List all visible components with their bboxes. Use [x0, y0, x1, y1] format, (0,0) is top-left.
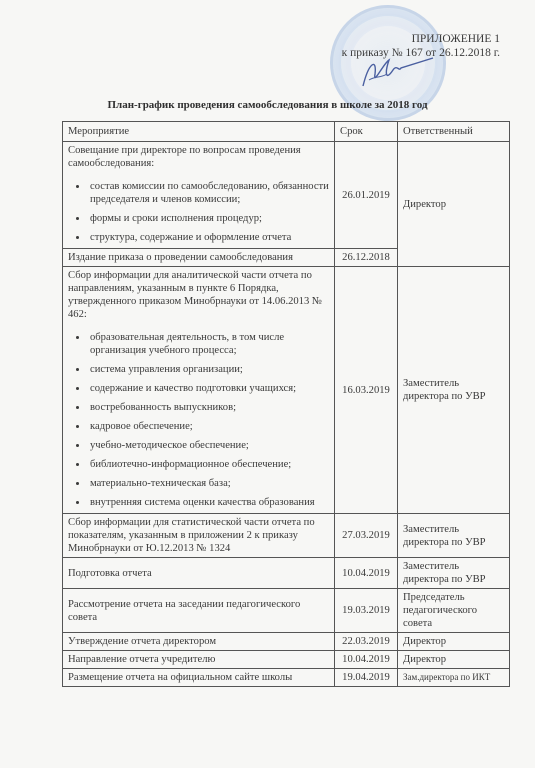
deadline-cell: 10.04.2019: [335, 558, 398, 589]
list-item: образовательная деятельность, в том числ…: [88, 331, 329, 357]
event-cell: Сбор информации для аналитической части …: [63, 267, 335, 514]
deadline-cell: 22.03.2019: [335, 633, 398, 651]
event-cell: Сбор информации для статистической части…: [63, 514, 335, 558]
responsible-cell: Директор: [398, 633, 510, 651]
list-item: внутренняя система оценки качества образ…: [88, 496, 329, 509]
event-cell: Рассмотрение отчета на заседании педагог…: [63, 589, 335, 633]
responsible-cell: Директор: [398, 651, 510, 669]
column-header-responsible: Ответственный: [398, 122, 510, 142]
event-cell: Размещение отчета на официальном сайте ш…: [63, 669, 335, 687]
event-text: Сбор информации для аналитической части …: [68, 269, 329, 321]
document-title: План-график проведения самообследования …: [0, 99, 535, 111]
table-row: Сбор информации для аналитической части …: [63, 267, 510, 514]
event-bullet-list: образовательная деятельность, в том числ…: [68, 331, 329, 509]
schedule-table: Мероприятие Срок Ответственный Совещание…: [62, 121, 510, 687]
deadline-cell: 27.03.2019: [335, 514, 398, 558]
table-row: Утверждение отчета директором 22.03.2019…: [63, 633, 510, 651]
event-text: Совещание при директоре по вопросам пров…: [68, 144, 329, 170]
annex-order-reference: к приказу № 167 от 26.12.2018 г.: [342, 46, 500, 60]
table-row: Сбор информации для статистической части…: [63, 514, 510, 558]
deadline-cell: 10.04.2019: [335, 651, 398, 669]
list-item: структура, содержание и оформление отчет…: [88, 231, 329, 244]
list-item: содержание и качество подготовки учащихс…: [88, 382, 329, 395]
list-item: библиотечно-информационное обеспечение;: [88, 458, 329, 471]
list-item: востребованность выпускников;: [88, 401, 329, 414]
deadline-cell: 16.03.2019: [335, 267, 398, 514]
document-page: ПРИЛОЖЕНИЕ 1 к приказу № 167 от 26.12.20…: [0, 0, 535, 768]
event-bullet-list: состав комиссии по самообследованию, обя…: [68, 180, 329, 244]
list-item: состав комиссии по самообследованию, обя…: [88, 180, 329, 206]
annex-header: ПРИЛОЖЕНИЕ 1 к приказу № 167 от 26.12.20…: [342, 32, 500, 60]
table-row: Рассмотрение отчета на заседании педагог…: [63, 589, 510, 633]
deadline-cell: 26.01.2019: [335, 142, 398, 249]
responsible-cell: Директор: [398, 142, 510, 267]
responsible-cell: Заместитель директора по УВР: [398, 267, 510, 514]
responsible-cell: Председатель педагогического совета: [398, 589, 510, 633]
event-cell: Совещание при директоре по вопросам пров…: [63, 142, 335, 249]
responsible-cell: Зам.директора по ИКТ: [398, 669, 510, 687]
table-header-row: Мероприятие Срок Ответственный: [63, 122, 510, 142]
deadline-cell: 19.04.2019: [335, 669, 398, 687]
table-row: Совещание при директоре по вопросам пров…: [63, 142, 510, 249]
list-item: учебно-методическое обеспечение;: [88, 439, 329, 452]
table-row: Размещение отчета на официальном сайте ш…: [63, 669, 510, 687]
deadline-cell: 26.12.2018: [335, 249, 398, 267]
responsible-cell: Заместитель директора по УВР: [398, 514, 510, 558]
annex-title: ПРИЛОЖЕНИЕ 1: [342, 32, 500, 46]
responsible-cell: Заместитель директора по УВР: [398, 558, 510, 589]
table-row: Направление отчета учредителю 10.04.2019…: [63, 651, 510, 669]
list-item: материально-техническая база;: [88, 477, 329, 490]
event-cell: Подготовка отчета: [63, 558, 335, 589]
list-item: формы и сроки исполнения процедур;: [88, 212, 329, 225]
list-item: кадровое обеспечение;: [88, 420, 329, 433]
column-header-deadline: Срок: [335, 122, 398, 142]
list-item: система управления организации;: [88, 363, 329, 376]
table-row: Подготовка отчета 10.04.2019 Заместитель…: [63, 558, 510, 589]
event-cell: Утверждение отчета директором: [63, 633, 335, 651]
deadline-cell: 19.03.2019: [335, 589, 398, 633]
column-header-event: Мероприятие: [63, 122, 335, 142]
event-cell: Направление отчета учредителю: [63, 651, 335, 669]
event-cell: Издание приказа о проведении самообследо…: [63, 249, 335, 267]
